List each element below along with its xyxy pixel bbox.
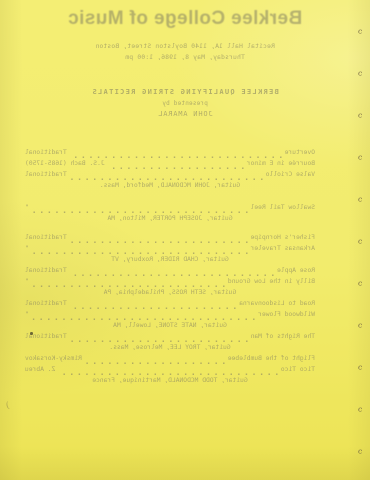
program-row: Swallow Tail Reel"	[25, 204, 315, 215]
performer-text: Guitar, CHAD RIDER, Roxbury, VT	[111, 256, 229, 263]
dot-leader	[108, 160, 244, 171]
binding-hole-mark: c	[357, 236, 368, 247]
composer-name: "	[25, 245, 29, 252]
binding-hole-mark: c	[357, 26, 368, 37]
program-row: Rose AppleTraditional	[25, 267, 315, 278]
scanned-page: Berklee College of Music Recital Hall 1A…	[0, 0, 370, 480]
binding-hole-mark: c	[357, 68, 368, 79]
bleedthrough-layer: Berklee College of Music Recital Hall 1A…	[0, 0, 370, 480]
composer-name: "	[25, 204, 29, 211]
composer-name: Traditional	[25, 171, 67, 178]
piece-title: Billy in the Low Ground	[228, 278, 315, 285]
dot-leader	[70, 149, 282, 160]
performer-line: Guitar, CHAD RIDER, Roxbury, VT	[25, 256, 315, 267]
piece-title: The Rights of Man	[251, 333, 315, 340]
address-line: Recital Hall 1A, 1140 Boylston Street, B…	[0, 43, 370, 50]
composer-name: Rimsky-Korsakov	[25, 355, 82, 362]
piece-title: Rose Apple	[277, 267, 315, 274]
piece-title: Fisher's Hornpipe	[251, 234, 315, 241]
recital-heading: BERKLEE QUALIFYING STRING RECITALS	[0, 88, 370, 96]
presented-by-label: presented by	[0, 100, 370, 107]
binding-hole-mark: c	[357, 110, 368, 121]
dot-leader	[70, 234, 248, 245]
program-list: OvertureTraditionalBourrée in E minorJ.S…	[25, 149, 315, 388]
binding-hole-mark: c	[357, 320, 368, 331]
program-row: Valse CriolloTraditional	[25, 171, 315, 182]
program-row: Tico TicoZ. Abreu	[25, 366, 315, 377]
binding-hole-mark: c	[357, 194, 368, 205]
performer-line: Guitar, TROY LEE, Melrose, Mass.	[25, 344, 315, 355]
dot-leader	[58, 366, 278, 377]
composer-name: "	[25, 278, 29, 285]
performer-line: Guitar, NATE STONE, Lowell, MA	[25, 322, 315, 333]
performer-text: Guitar, JOSEPH PORTER, Milton, MA	[107, 215, 232, 222]
piece-title: Arkansas Traveler	[251, 245, 315, 252]
program-row: Fisher's HornpipeTraditional	[25, 234, 315, 245]
program-row: Bourrée in E minorJ.S. Bach (1685-1750)	[25, 160, 315, 171]
composer-name: J.S. Bach (1685-1750)	[25, 160, 105, 167]
composer-name: Z. Abreu	[25, 366, 55, 373]
dot-leader	[70, 333, 248, 344]
program-row: Arkansas Traveler"	[25, 245, 315, 256]
performer-text: Guitar, SETH ROSS, Philadelphia, PA	[104, 289, 237, 296]
date-line: Thursday, May 8, 1986, 1:00 pm	[0, 54, 370, 61]
piece-title: Bourrée in E minor	[247, 160, 315, 167]
binding-hole-mark: c	[357, 152, 368, 163]
piece-title: Valse Criollo	[266, 171, 315, 178]
program-row: The Rights of ManTraditional	[25, 333, 315, 344]
ink-speck	[30, 332, 33, 335]
dot-leader	[32, 204, 248, 215]
dot-leader	[70, 300, 236, 311]
program-row: Billy in the Low Ground"	[25, 278, 315, 289]
piece-title: Overture	[285, 149, 315, 156]
performer-line: Guitar, TODD MCDONALD, Martinique, Franc…	[25, 377, 315, 388]
program-row: Flight of the BumblebeeRimsky-Korsakov	[25, 355, 315, 366]
composer-name: Traditional	[25, 267, 67, 274]
binding-hole-mark: c	[357, 278, 368, 289]
composer-name: Traditional	[25, 234, 67, 241]
piece-title: Flight of the Bumblebee	[228, 355, 315, 362]
presenter-name: JOHN AMARAL	[0, 110, 370, 118]
performer-line: Guitar, JOSEPH PORTER, Milton, MA	[25, 215, 315, 226]
performer-text: Guitar, TROY LEE, Melrose, Mass.	[109, 344, 230, 351]
program-row: Wildwood Flower"	[25, 311, 315, 322]
binding-hole-mark: c	[357, 362, 368, 373]
dot-leader	[85, 355, 225, 366]
dot-leader	[32, 278, 225, 289]
composer-name: "	[25, 311, 29, 318]
performer-text: Guitar, JOHN MCDONALD, Medford, Mass.	[100, 182, 240, 189]
college-logo-text: Berklee College of Music	[0, 8, 370, 30]
dot-leader	[70, 171, 263, 182]
composer-name: Traditional	[25, 149, 67, 156]
performer-line: Guitar, JOHN MCDONALD, Medford, Mass.	[25, 182, 315, 193]
dot-leader	[70, 267, 274, 278]
binding-hole-mark: c	[357, 446, 368, 457]
performer-line: Guitar, SETH ROSS, Philadelphia, PA	[25, 289, 315, 300]
performer-text: Guitar, NATE STONE, Lowell, MA	[113, 322, 227, 329]
binding-hole-mark: c	[357, 404, 368, 415]
performer-text: Guitar, TODD MCDONALD, Martinique, Franc…	[92, 377, 247, 384]
piece-title: Wildwood Flower	[258, 311, 315, 318]
piece-title: Swallow Tail Reel	[251, 204, 315, 211]
program-row: OvertureTraditional	[25, 149, 315, 160]
dot-leader	[32, 245, 248, 256]
program-row: Road to LisdoonvarnaTraditional	[25, 300, 315, 311]
piece-title: Road to Lisdoonvarna	[239, 300, 315, 307]
piece-title: Tico Tico	[281, 366, 315, 373]
composer-name: Traditional	[25, 300, 67, 307]
dot-leader	[32, 311, 255, 322]
